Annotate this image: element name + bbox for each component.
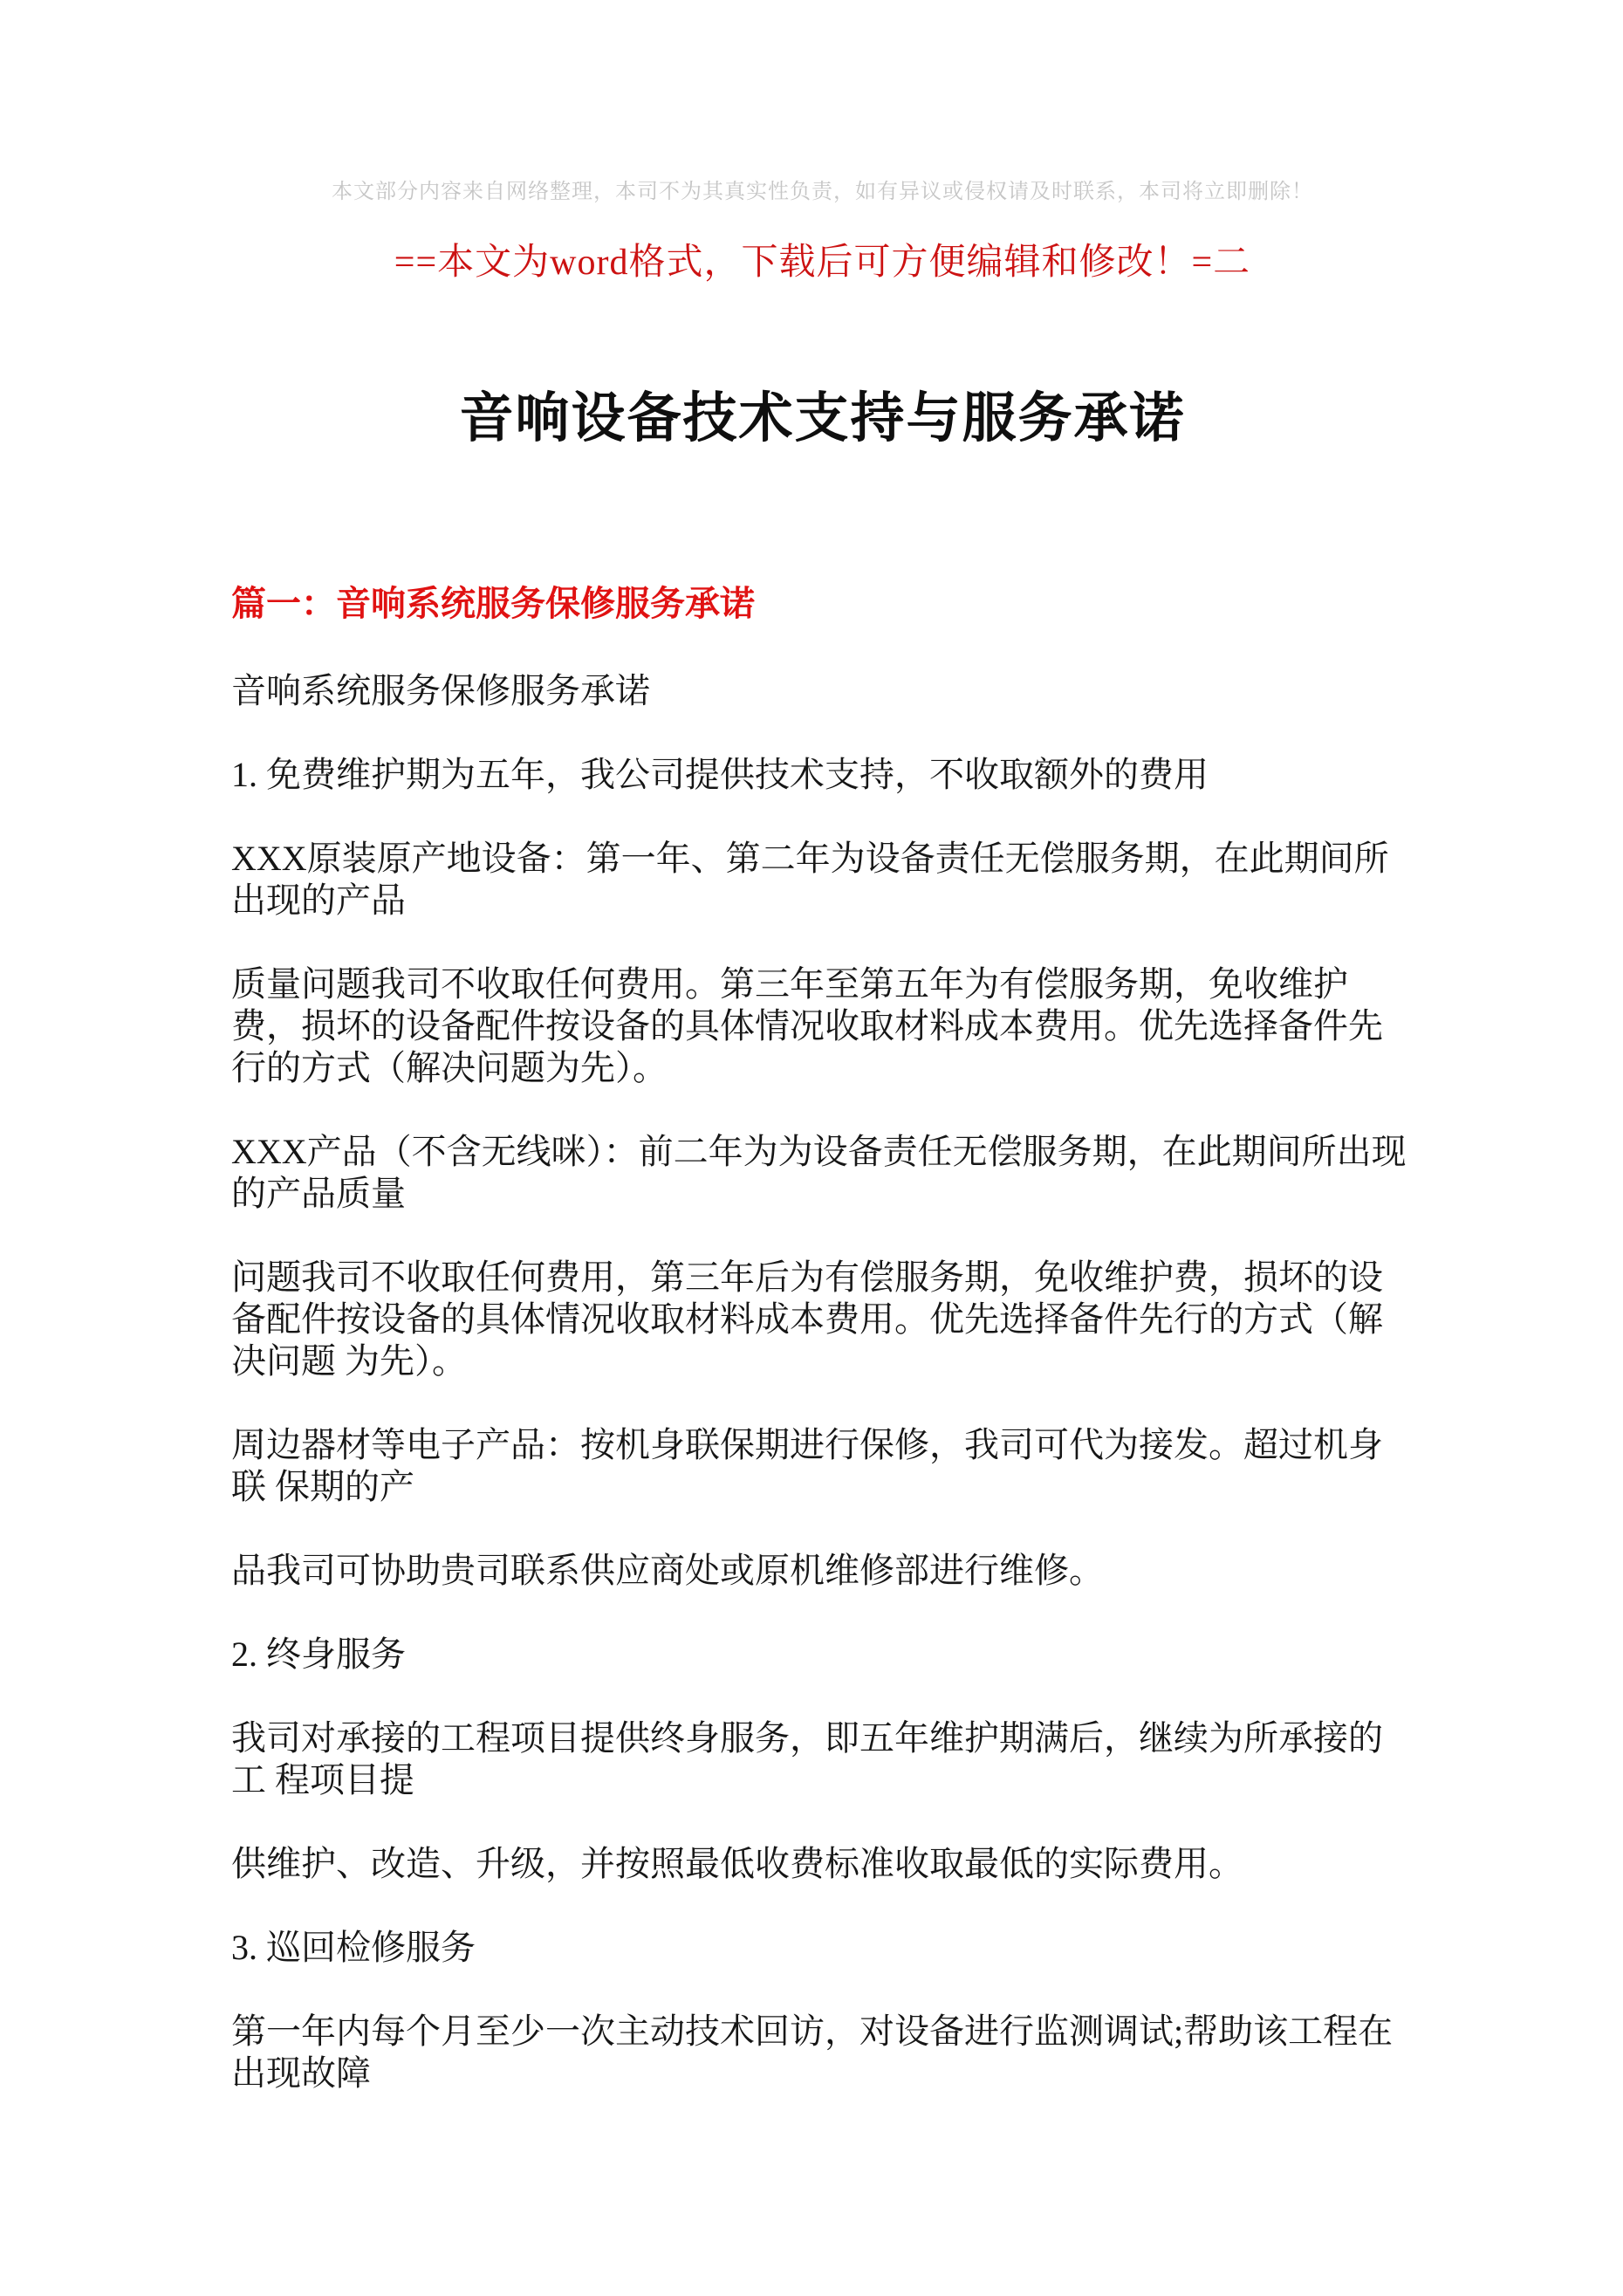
paragraph: 1. 免费维护期为五年，我公司提供技术支持，不收取额外的费用 [231,754,1414,796]
paragraph: 3. 巡回检修服务 [231,1927,1414,1969]
paragraph: 供维护、改造、升级，并按照最低收费标准收取最低的实际费用。 [231,1843,1414,1885]
word-format-notice: ==本文为word格式，下载后可方便编辑和修改！=二 [231,240,1414,285]
paragraph: XXX产品（不含无线咪）：前二年为为设备责任无偿服务期，在此期间所出现的产品质量 [231,1131,1414,1215]
paragraph: 2. 终身服务 [231,1634,1414,1676]
document-page: 本文部分内容来自网络整理，本司不为其真实性负责，如有异议或侵权请及时联系，本司将… [0,0,1623,2296]
disclaimer-text: 本文部分内容来自网络整理，本司不为其真实性负责，如有异议或侵权请及时联系，本司将… [231,178,1414,206]
paragraph: 音响系统服务保修服务承诺 [231,670,1414,712]
paragraph: XXX原装原产地设备：第一年、第二年为设备责任无偿服务期，在此期间所出现的产品 [231,838,1414,922]
paragraph: 问题我司不收取任何费用，第三年后为有偿服务期，免收维护费，损坏的设备配件按设备的… [231,1257,1414,1382]
paragraph: 质量问题我司不收取任何费用。第三年至第五年为有偿服务期，免收维护费，损坏的设备配… [231,963,1414,1089]
paragraph: 周边器材等电子产品：按机身联保期进行保修，我司可代为接发。超过机身联 保期的产 [231,1424,1414,1508]
paragraph: 品我司可协助贵司联系供应商处或原机维修部进行维修。 [231,1550,1414,1592]
paragraph: 我司对承接的工程项目提供终身服务，即五年维护期满后，继续为所承接的工 程项目提 [231,1717,1414,1801]
paragraph: 第一年内每个月至少一次主动技术回访，对设备进行监测调试;帮助该工程在出现故障 [231,2011,1414,2094]
section-heading: 篇一：音响系统服务保修服务承诺 [231,583,1414,625]
document-title: 音响设备技术支持与服务承诺 [231,386,1414,452]
